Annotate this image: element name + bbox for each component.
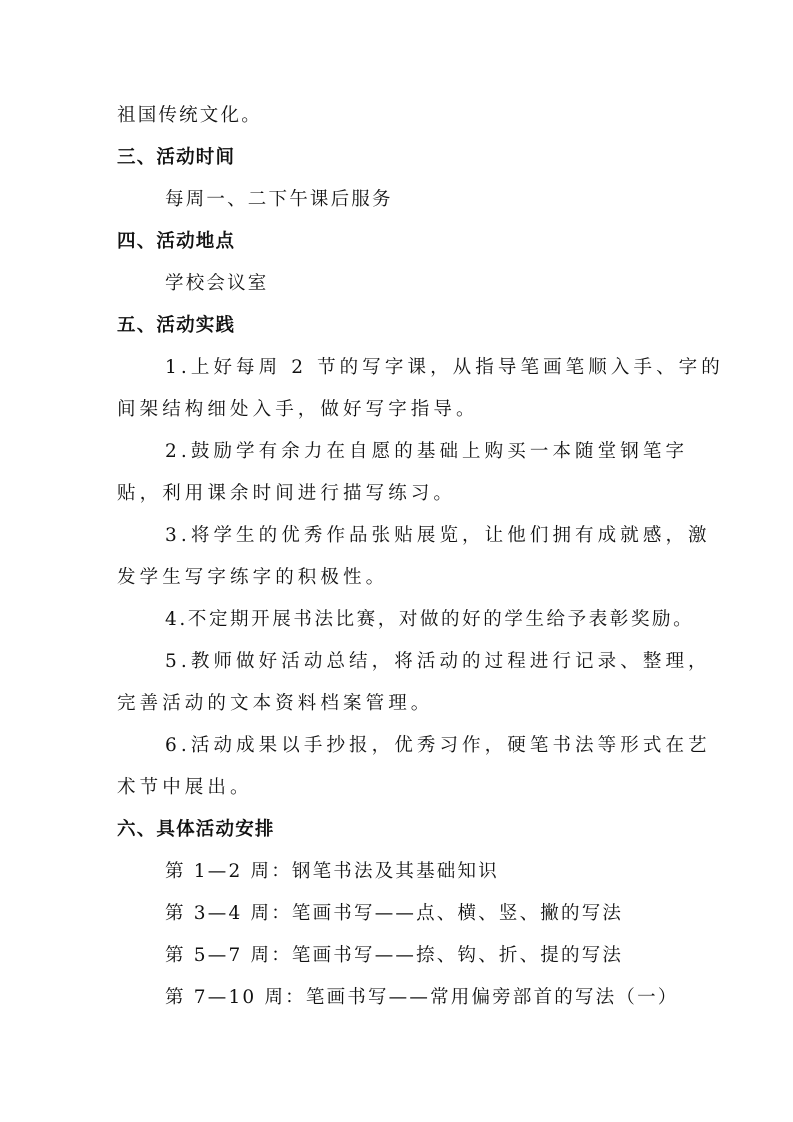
schedule-item-4: 第 7—10 周：笔画书写——常用偏旁部首的写法（一）	[117, 980, 687, 1022]
practice-item-6-line-1: 6.活动成果以手抄报，优秀习作，硬笔书法等形式在艺	[117, 728, 687, 770]
practice-item-5-line-1: 5.教师做好活动总结，将活动的过程进行记录、整理，	[117, 644, 687, 686]
practice-item-1-line-2: 间架结构细处入手，做好写字指导。	[117, 392, 687, 434]
section-heading-practice: 五、活动实践	[117, 308, 687, 350]
section-heading-location: 四、活动地点	[117, 224, 687, 266]
section-heading-schedule: 六、具体活动安排	[117, 812, 687, 854]
practice-item-2-line-1: 2.鼓励学有余力在自愿的基础上购买一本随堂钢笔字	[117, 434, 687, 476]
schedule-item-1: 第 1—2 周：钢笔书法及其基础知识	[117, 854, 687, 896]
document-page: 祖国传统文化。 三、活动时间 每周一、二下午课后服务 四、活动地点 学校会议室 …	[117, 98, 687, 1022]
schedule-item-3: 第 5—7 周：笔画书写——捺、钩、折、提的写法	[117, 938, 687, 980]
section-heading-time: 三、活动时间	[117, 140, 687, 182]
activity-time-text: 每周一、二下午课后服务	[117, 182, 687, 224]
practice-item-1-line-1: 1.上好每周 2 节的写字课，从指导笔画笔顺入手、字的	[117, 350, 687, 392]
practice-item-2-line-2: 贴，利用课余时间进行描写练习。	[117, 476, 687, 518]
activity-location-text: 学校会议室	[117, 266, 687, 308]
practice-item-5-line-2: 完善活动的文本资料档案管理。	[117, 686, 687, 728]
practice-item-3-line-1: 3.将学生的优秀作品张贴展览，让他们拥有成就感，激	[117, 518, 687, 560]
schedule-item-2: 第 3—4 周：笔画书写——点、横、竖、撇的写法	[117, 896, 687, 938]
practice-item-6-line-2: 术节中展出。	[117, 770, 687, 812]
intro-tail-text: 祖国传统文化。	[117, 98, 687, 140]
practice-item-4-line-1: 4.不定期开展书法比赛，对做的好的学生给予表彰奖励。	[117, 602, 687, 644]
practice-item-3-line-2: 发学生写字练字的积极性。	[117, 560, 687, 602]
